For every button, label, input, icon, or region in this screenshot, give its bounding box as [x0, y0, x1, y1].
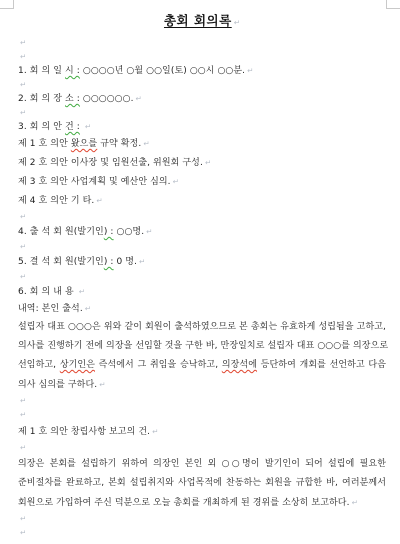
text-run: 내역: 본인 출석.: [18, 304, 83, 314]
paragraph-mark-icon: ↵: [20, 80, 26, 89]
paragraph-mark-icon: ↵: [96, 196, 102, 205]
doc-line: 의사 심의를 구하다.↵: [18, 375, 386, 394]
paragraph-mark-icon: ↵: [99, 380, 105, 389]
text-run: 제 1 호 의안 창립사항 보고의 건.: [18, 427, 150, 437]
doc-line: 제 1 호 의안 왔으를 규약 확정.↵: [18, 134, 386, 153]
empty-paragraph: ↵: [18, 526, 386, 540]
paragraph-mark-icon: ↵: [20, 38, 26, 47]
empty-paragraph: ↵: [18, 106, 386, 120]
text-run: 등단하여 개회를 선언하고 다음: [257, 360, 386, 370]
text-run: 제 4 호 의안 기 타.: [18, 196, 94, 206]
doc-line: 의장은 본회를 설립하기 위하여 의장인 본인 외 ○○명이 발기인이 되어 설…: [18, 455, 386, 474]
text-run: 제 1 호 의안: [18, 139, 71, 149]
doc-line: 제 2 호 의안 이사장 및 임원선출, 위원회 구성.↵: [18, 153, 386, 172]
text-run: 설립자 대표 ○○○은 위와 같이 회원이 출석하였으므로 본 총회는 유효하게…: [18, 322, 386, 332]
doc-line: 2. 회 의 장 소 : ○○○○○○.↵: [18, 92, 386, 106]
text-run: 3. 회 의 안: [18, 122, 65, 132]
paragraph-mark-icon: ↵: [20, 528, 26, 537]
spelling-flagged-text: 왔으를: [71, 139, 97, 149]
paragraph-mark-icon: ↵: [85, 122, 91, 131]
text-run: 회원으로 가입하여 주신 덕분으로 오늘 총회를 개최하게 된 경위를 소상히 …: [18, 498, 350, 508]
text-run: 2. 회 의 장: [18, 94, 65, 104]
spelling-flagged-text: 상기인은: [60, 360, 95, 370]
empty-paragraph: ↵: [18, 408, 386, 422]
text-run: 선임하고,: [18, 360, 60, 370]
doc-line: 제 4 호 의안 기 타.↵: [18, 191, 386, 210]
doc-line: 3. 회 의 안 건 : ↵: [18, 120, 386, 134]
doc-line: 의사를 진행하기 전에 의장을 선임할 것을 구한 바, 만장일치로 설립자 대…: [18, 337, 386, 356]
doc-line: 회원으로 가입하여 주신 덕분으로 오늘 총회를 개최하게 된 경위를 소상히 …: [18, 493, 386, 512]
text-run: 의장은 본회를 설립하기 위하여 의장인 본인 외 ○○명이 발기인이 되어 설…: [18, 459, 386, 469]
doc-line: 1. 회 의 일 시 : ○○○○년 ○월 ○○일(토) ○○시 ○○분.↵: [18, 64, 386, 78]
paragraph-mark-icon: ↵: [85, 304, 91, 313]
paragraph-mark-icon: ↵: [146, 227, 152, 236]
document-canvas[interactable]: 총회 회의록↵↵↵1. 회 의 일 시 : ○○○○년 ○월 ○○일(토) ○○…: [0, 0, 400, 544]
empty-paragraph: ↵: [18, 50, 386, 64]
grammar-flagged-text: ) :: [104, 227, 114, 237]
paragraph-mark-icon: ↵: [352, 498, 358, 507]
paragraph-mark-icon: ↵: [20, 514, 26, 523]
text-run: 6. 회 의 내 용: [18, 287, 77, 297]
paragraph-mark-icon: ↵: [247, 66, 253, 75]
doc-line: 4. 출 석 회 원(발기인) : ○○명.↵: [18, 224, 386, 239]
empty-paragraph: ↵: [18, 210, 386, 224]
grammar-flagged-text: 시 :: [65, 66, 80, 76]
paragraph-mark-icon: ↵: [20, 410, 26, 419]
document-body: 총회 회의록↵↵↵1. 회 의 일 시 : ○○○○년 ○월 ○○일(토) ○○…: [18, 8, 386, 540]
doc-line: 5. 결 석 회 원(발기인) : 0 명.↵: [18, 254, 386, 269]
document-title: 총회 회의록↵: [18, 8, 386, 36]
text-run: 0 명.: [114, 257, 138, 267]
paragraph-mark-icon: ↵: [205, 158, 211, 167]
paragraph-mark-icon: ↵: [136, 94, 142, 103]
text-run: 의사 심의를 구하다.: [18, 380, 97, 390]
grammar-flagged-text: ) :: [104, 257, 114, 267]
text-run: 의사를 진행하기 전에 의장을 선임할 것을 구한 바, 만장일치로 설립자 대…: [18, 341, 388, 351]
paragraph-mark-icon: ↵: [173, 177, 179, 186]
doc-line: 제 1 호 의안 창립사항 보고의 건.↵: [18, 422, 386, 441]
empty-paragraph: ↵: [18, 394, 386, 408]
paragraph-mark-icon: ↵: [20, 212, 26, 221]
text-run: 준비절차를 완료하고, 본회 설립취지와 사업목적에 찬동하는 회원을 규합한 …: [18, 478, 386, 488]
text-run: [80, 122, 83, 132]
text-run: 제 2 호 의안 이사장 및 임원선출, 위원회 구성.: [18, 158, 203, 168]
grammar-flagged-text: 소 :: [65, 94, 80, 104]
paragraph-mark-icon: ↵: [20, 242, 26, 251]
text-run: 즉석에서 그 취임을 승낙하고,: [95, 360, 222, 370]
paragraph-mark-icon: ↵: [20, 396, 26, 405]
empty-paragraph: ↵: [18, 512, 386, 526]
doc-line: 설립자 대표 ○○○은 위와 같이 회원이 출석하였으므로 본 총회는 유효하게…: [18, 318, 386, 337]
page-boundary-corner-topleft-icon: [0, 0, 14, 9]
empty-paragraph: ↵: [18, 441, 386, 455]
doc-line: 내역: 본인 출석.↵: [18, 299, 386, 318]
paragraph-mark-icon: ↵: [139, 257, 145, 266]
text-run: ○○명.: [114, 227, 145, 237]
text-run: 규약 확정.: [97, 139, 141, 149]
text-run: 4. 출 석 회 원(발기인: [18, 227, 104, 237]
paragraph-mark-icon: ↵: [79, 287, 85, 296]
spelling-flagged-text: 의장석에: [222, 360, 257, 370]
paragraph-mark-icon: ↵: [20, 108, 26, 117]
text-run: 1. 회 의 일: [18, 66, 65, 76]
text-run: ○○○○년 ○월 ○○일(토) ○○시 ○○분.: [80, 66, 245, 76]
grammar-flagged-text: 건 :: [65, 122, 80, 132]
empty-paragraph: ↵: [18, 269, 386, 284]
paragraph-mark-icon: ↵: [20, 52, 26, 61]
text-run: ○○○○○○.: [80, 94, 134, 104]
doc-line: 제 3 호 의안 사업계획 및 예산안 심의.↵: [18, 172, 386, 191]
page-boundary-corner-topright-icon: [386, 0, 400, 9]
paragraph-mark-icon: ↵: [152, 427, 158, 436]
doc-line: 준비절차를 완료하고, 본회 설립취지와 사업목적에 찬동하는 회원을 규합한 …: [18, 474, 386, 493]
paragraph-mark-icon: ↵: [143, 139, 149, 148]
paragraph-mark-icon: ↵: [234, 18, 240, 27]
paragraph-mark-icon: ↵: [20, 272, 26, 281]
empty-paragraph: ↵: [18, 78, 386, 92]
title-text: 총회 회의록: [164, 13, 232, 28]
text-run: 제 3 호 의안 사업계획 및 예산안 심의.: [18, 177, 171, 187]
paragraph-mark-icon: ↵: [20, 443, 26, 452]
doc-line: 선임하고, 상기인은 즉석에서 그 취임을 승낙하고, 의장석에 등단하여 개회…: [18, 356, 386, 375]
empty-paragraph: ↵: [18, 239, 386, 254]
text-run: 5. 결 석 회 원(발기인: [18, 257, 104, 267]
doc-line: 6. 회 의 내 용 ↵: [18, 284, 386, 299]
empty-paragraph: ↵: [18, 36, 386, 50]
